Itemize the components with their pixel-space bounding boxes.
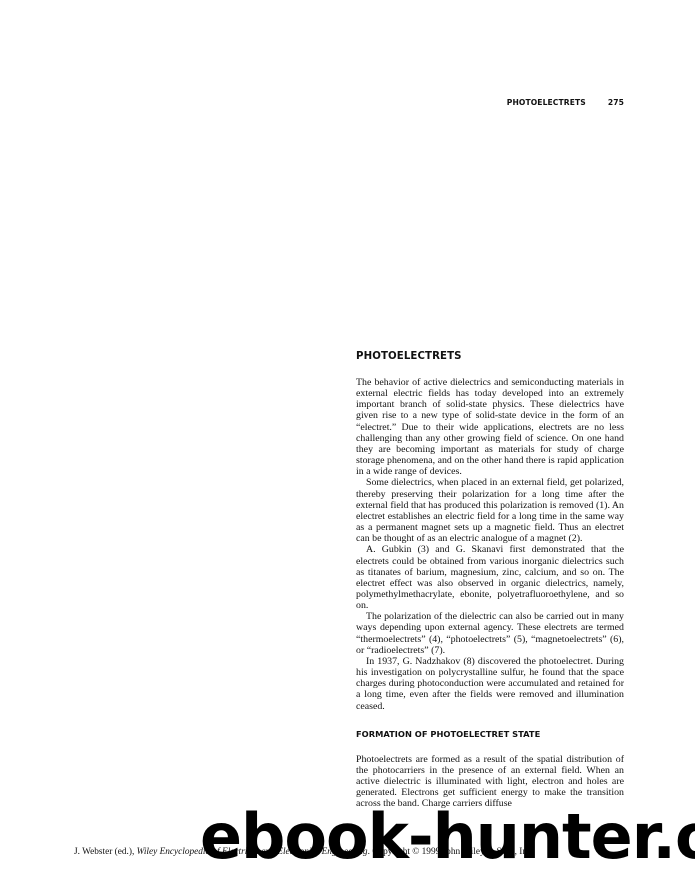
paragraph: A. Gubkin (3) and G. Skanavi first demon… [356, 544, 624, 611]
running-head-section: PHOTOELECTRETS [507, 98, 586, 107]
running-head: PHOTOELECTRETS 275 [470, 98, 624, 107]
section-title: FORMATION OF PHOTOELECTRET STATE [356, 729, 624, 739]
watermark: ebook-hunter.org [200, 806, 695, 868]
paragraph: The behavior of active dielectrics and s… [356, 377, 624, 477]
page-number: 275 [608, 98, 624, 107]
paragraph: In 1937, G. Nadzhakov (8) discovered the… [356, 656, 624, 712]
footer-editor: J. Webster (ed.), [74, 847, 137, 857]
article-column: PHOTOELECTRETS The behavior of active di… [356, 351, 624, 809]
paragraph: The polarization of the dielectric can a… [356, 611, 624, 656]
paragraph: Some dielectrics, when placed in an exte… [356, 477, 624, 544]
article-title: PHOTOELECTRETS [356, 351, 624, 362]
